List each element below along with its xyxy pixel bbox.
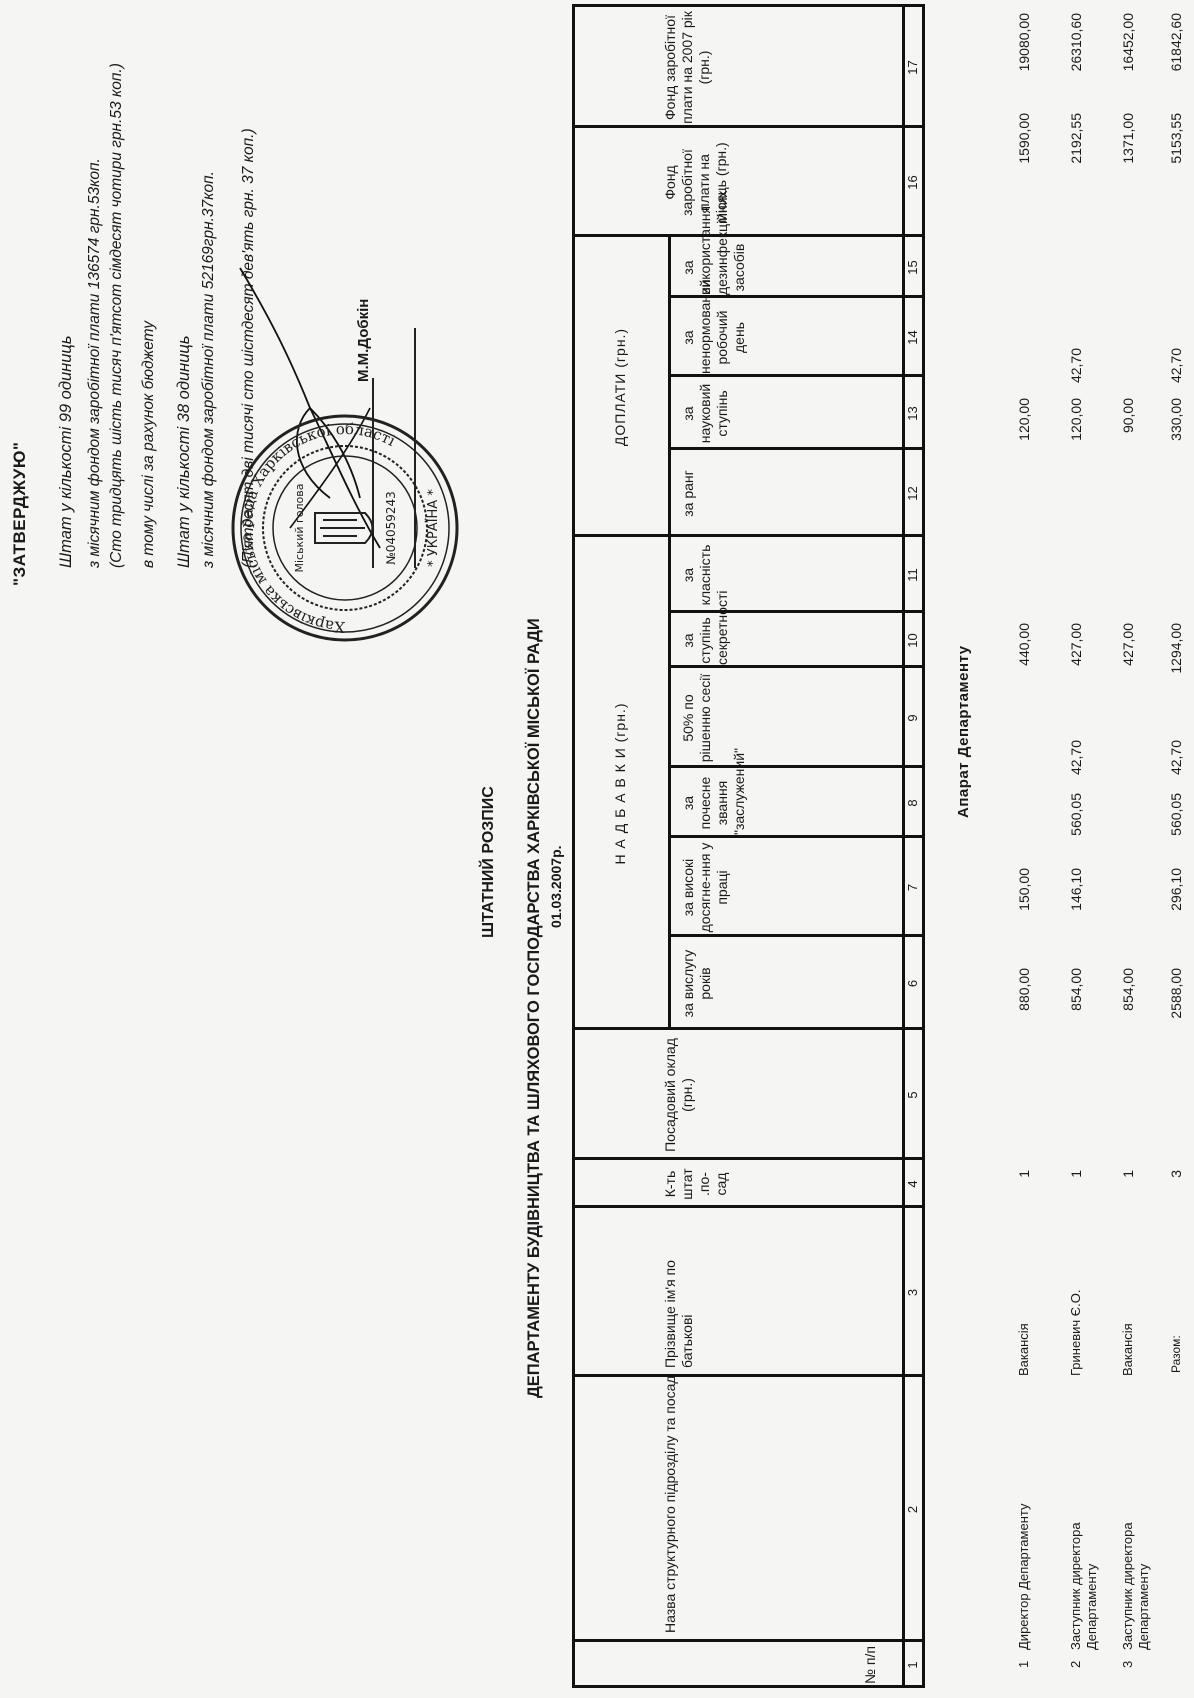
column-number-10: 10 — [905, 616, 920, 665]
document-date: 01.03.2007р. — [548, 845, 564, 928]
approval-line-budget: в тому числі за рахунок бюджету — [140, 321, 158, 568]
approval-title: "ЗАТВЕРДЖУЮ" — [10, 442, 30, 586]
seal-code: №04059243 — [384, 491, 398, 565]
table-column-border — [668, 447, 925, 450]
row-employee-name: Гриневич Є.О. — [1068, 1290, 1084, 1376]
column-header-15: за використання дезинфекційних засобів — [680, 240, 748, 295]
document-title: ШТАТНИЙ РОЗПИС — [480, 786, 498, 938]
row-position: Заступник директора Департаменту — [1120, 1460, 1152, 1650]
staff-schedule-page: "ЗАТВЕРДЖУЮ" Штат у кількості 99 одиниць… — [0, 0, 1194, 1698]
total-value-c8: 42,70 — [1168, 740, 1184, 830]
row-value-c16: 1371,00 — [1120, 113, 1136, 203]
approval-line-staff: Штат у кількості 99 одиниць — [57, 335, 76, 568]
row-value-c17: 16452,00 — [1120, 13, 1136, 103]
seal-inner-text: Міський голова — [293, 483, 306, 572]
column-header-2: Назва структурного підрозділу та посад — [662, 1374, 679, 1633]
column-number-9: 9 — [905, 671, 920, 765]
official-seal: Харківська міська рада Харківської облас… — [225, 408, 465, 648]
column-header-4: К-ть штат .по-сад — [662, 1163, 730, 1205]
row-number: 2 — [1068, 1661, 1084, 1668]
table-border-top — [572, 4, 575, 1688]
row-position: Заступник директора Департаменту — [1068, 1460, 1100, 1650]
row-employee-name: Вакансія — [1016, 1323, 1032, 1376]
column-header-14: за ненормований робочий день — [680, 301, 748, 374]
table-column-border — [572, 1157, 925, 1160]
row-value-salary: 854,00 — [1068, 968, 1084, 1058]
table-column-border — [572, 125, 925, 128]
row-value-c17: 19080,00 — [1016, 13, 1032, 103]
row-value-count: 1 — [1016, 1170, 1032, 1260]
row-value-salary: 880,00 — [1016, 968, 1032, 1058]
table-column-border — [668, 934, 925, 937]
column-header-12: за ранг — [680, 453, 697, 534]
row-number: 3 — [1120, 1661, 1136, 1668]
approval-line-budget-fund: з місячним фондом заробітної плати 52169… — [200, 171, 218, 568]
column-header-5: Посадовий оклад (грн.) — [662, 1033, 696, 1157]
table-column-border — [572, 1639, 925, 1642]
column-number-7: 7 — [905, 841, 920, 934]
approval-line-fund-words: (Сто тридцять шість тисяч п'ятсот сімдес… — [108, 63, 126, 568]
total-value-c9: 1294,00 — [1168, 623, 1184, 713]
total-value-salary: 2588,00 — [1168, 968, 1184, 1058]
section-title: Апарат Департаменту — [955, 645, 972, 818]
total-value-c16: 5153,55 — [1168, 113, 1184, 203]
table-border-bottom — [922, 4, 925, 1688]
table-column-border — [572, 4, 925, 7]
row-value-c13: 42,70 — [1068, 348, 1084, 438]
row-value-c17: 26310,60 — [1068, 13, 1084, 103]
column-number-5: 5 — [905, 1033, 920, 1157]
column-number-14: 14 — [905, 301, 920, 374]
surcharges-group-header: ДОПЛАТИ (грн.) — [612, 237, 628, 537]
column-header-6: за вислугу років — [680, 940, 714, 1027]
column-number-17: 17 — [905, 10, 920, 125]
column-header-8: за почесне звання "заслужений" — [680, 771, 748, 835]
total-value-c17: 61842,60 — [1168, 13, 1184, 103]
total-value-count: 3 — [1168, 1170, 1184, 1260]
row-number: 1 — [1016, 1661, 1032, 1668]
row-value-c6: 150,00 — [1016, 868, 1032, 958]
row-value-c12: 120,00 — [1016, 398, 1032, 488]
seal-country: * УКРАЇНА * — [425, 489, 441, 567]
row-value-count: 1 — [1120, 1170, 1136, 1260]
column-header-1: № п/п — [862, 1645, 879, 1685]
row-value-count: 1 — [1068, 1170, 1084, 1260]
allowances-group-header: Н А Д Б А В К И (грн.) — [612, 537, 628, 1030]
row-value-c16: 1590,00 — [1016, 113, 1032, 203]
column-header-11: за класність — [680, 540, 714, 610]
row-value-c16: 2192,55 — [1068, 113, 1084, 203]
row-value-c8: 42,70 — [1068, 740, 1084, 830]
row-value-c9: 440,00 — [1016, 623, 1032, 713]
table-column-border — [668, 610, 925, 613]
column-number-11: 11 — [905, 540, 920, 610]
approval-line-fund: з місячним фондом заробітної плати 13657… — [86, 158, 104, 568]
table-column-border — [572, 1374, 925, 1377]
column-header-13: за науковий ступінь — [680, 380, 731, 447]
table-column-border — [572, 1685, 925, 1688]
column-header-3: Прізвище ім'я по батькові — [662, 1205, 696, 1368]
table-column-border — [668, 665, 925, 668]
column-header-17: Фонд заробітної плати на 2007 рік (грн.) — [662, 10, 713, 125]
surcharges-group-divider — [668, 237, 671, 537]
table-column-border — [668, 835, 925, 838]
table-column-border — [572, 1205, 925, 1208]
row-value-c12: 90,00 — [1120, 398, 1136, 488]
column-number-15: 15 — [905, 240, 920, 295]
table-column-border — [668, 374, 925, 377]
column-number-1: 1 — [905, 1645, 920, 1685]
approval-line-budget-staff: Штат у кількості 38 одиниць — [175, 335, 194, 568]
column-header-16: Фонд заробітної плати на місяць (грн.) — [662, 131, 730, 234]
total-label: Разом: — [1168, 1335, 1184, 1373]
row-position: Директор Департаменту — [1016, 1460, 1032, 1650]
column-number-12: 12 — [905, 453, 920, 534]
column-number-8: 8 — [905, 771, 920, 835]
column-header-10: за ступінь секретності — [680, 616, 731, 665]
column-number-6: 6 — [905, 940, 920, 1027]
document-subtitle: ДЕПАРТАМЕНТУ БУДІВНИЦТВА ТА ШЛЯХОВОГО ГО… — [525, 618, 544, 1398]
column-number-13: 13 — [905, 380, 920, 447]
column-number-16: 16 — [905, 131, 920, 234]
column-header-7: за високі досягне-ння у праці — [680, 841, 731, 934]
row-value-c9: 427,00 — [1068, 623, 1084, 713]
table-column-border — [668, 765, 925, 768]
row-value-c9: 427,00 — [1120, 623, 1136, 713]
total-value-c13: 42,70 — [1168, 348, 1184, 438]
row-employee-name: Вакансія — [1120, 1323, 1136, 1376]
column-number-2: 2 — [905, 1380, 920, 1639]
row-value-salary: 854,00 — [1120, 968, 1136, 1058]
column-number-3: 3 — [905, 1211, 920, 1374]
column-header-9: 50% по рішенню сесії — [680, 671, 714, 765]
column-number-4: 4 — [905, 1163, 920, 1205]
